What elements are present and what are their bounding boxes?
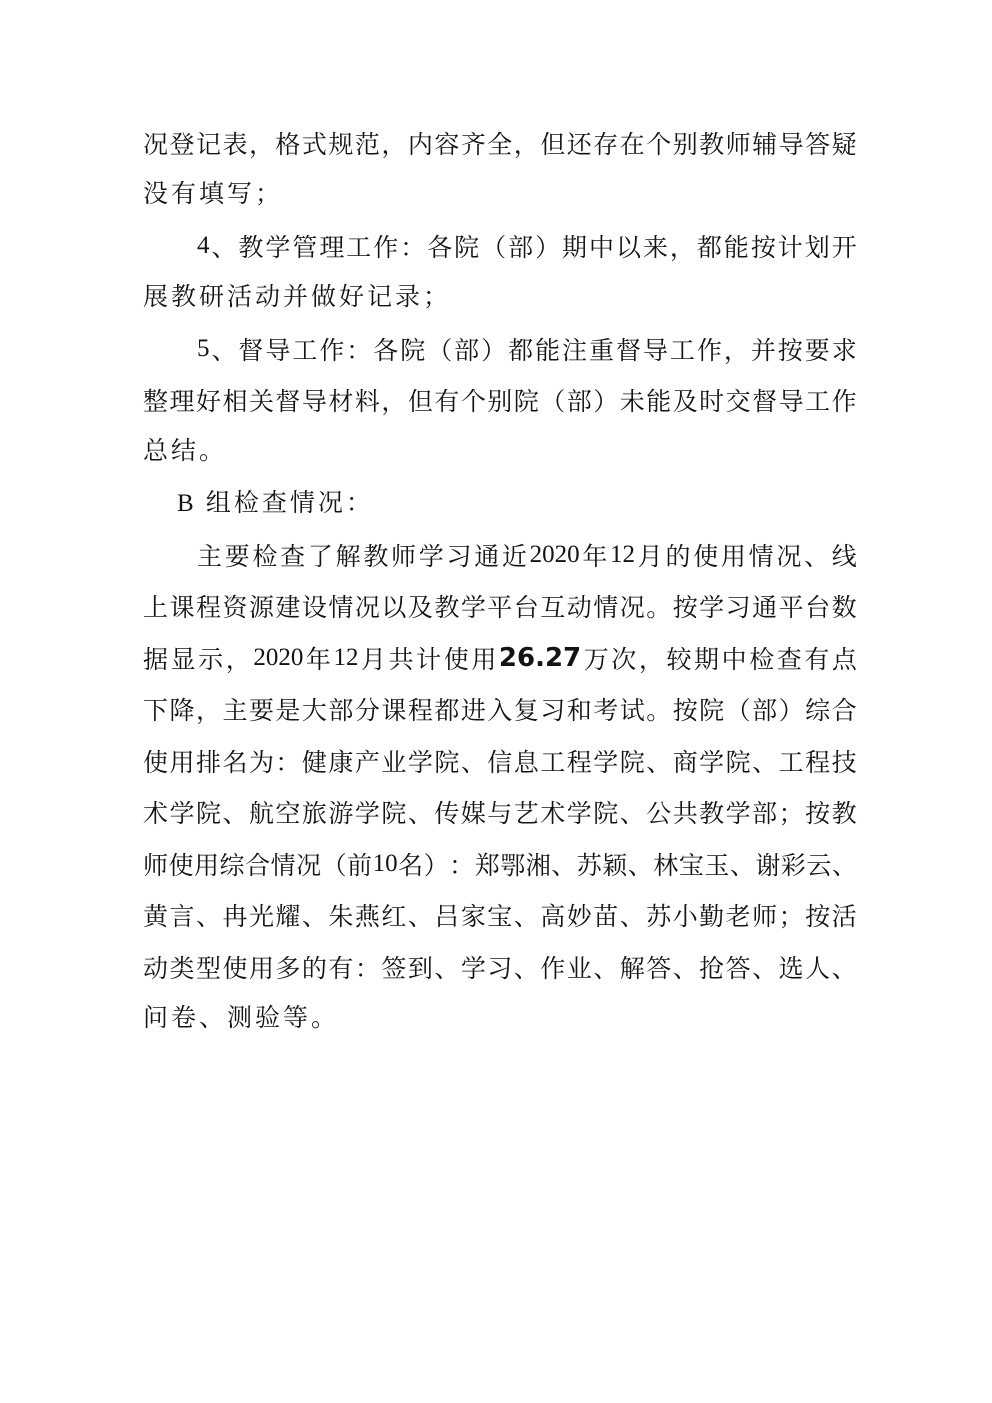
text-unit: 疑 (832, 125, 857, 161)
text-unit: 到 (408, 949, 433, 985)
text-unit: 还 (567, 125, 592, 161)
text-unit: 复 (514, 691, 539, 727)
text-unit: ， (514, 125, 539, 161)
text-unit: 工 (779, 743, 804, 779)
text-unit: 范 (355, 125, 380, 161)
text-unit: 况 (143, 125, 168, 161)
text-unit: 云 (806, 846, 831, 882)
text-unit: 程 (567, 743, 592, 779)
text-unit: ） (779, 691, 804, 727)
text-unit: 、 (730, 846, 755, 882)
text-unit: 术 (143, 794, 168, 830)
text-unit: 注 (562, 331, 587, 367)
text-unit: 个 (461, 382, 486, 418)
text-unit: 督 (275, 382, 300, 418)
document-text-block: 况登记表，格式规范，内容齐全，但还存在个别教师辅导答疑没有填写；4、教学管理工作… (143, 117, 857, 1044)
text-unit: ） (535, 228, 560, 264)
text-unit: 部 (328, 691, 353, 727)
text-unit: 有 (804, 640, 829, 676)
text-unit: 高 (540, 897, 565, 933)
text-unit: 工 (540, 743, 565, 779)
text-unit: 课 (381, 691, 406, 727)
text-unit: 类 (169, 949, 194, 985)
text-unit: 检 (252, 537, 277, 573)
text-unit: 学 (726, 794, 751, 830)
text-unit: 导 (265, 331, 290, 367)
text-unit: 存 (593, 125, 618, 161)
text-unit: 动 (567, 588, 592, 624)
text-unit: 、 (620, 794, 645, 830)
text-unit: 术 (540, 794, 565, 830)
text-unit: 记 (196, 125, 221, 161)
text-unit: 、 (302, 897, 327, 933)
text-unit: 按 (778, 331, 803, 367)
text-unit: 显 (171, 640, 196, 676)
text-unit: 内 (408, 125, 433, 161)
text-unit: 师 (143, 846, 168, 882)
text-unit: 在 (620, 125, 645, 161)
text-unit: 年 (582, 537, 607, 573)
text-unit: 示 (198, 640, 223, 676)
text-unit: 综 (805, 691, 830, 727)
text-unit: 用 (471, 640, 496, 676)
text-unit: 整 (143, 382, 168, 418)
text-unit: 有 (328, 949, 353, 985)
text-unit: 、 (211, 228, 236, 264)
text-unit: 理 (169, 382, 194, 418)
text-unit: 人 (805, 949, 830, 985)
text-unit: 各 (373, 331, 398, 367)
text-unit: 、 (804, 537, 829, 573)
text-unit: 并 (751, 331, 776, 367)
text-line: 术学院、航空旅游学院、传媒与艺术学院、公共教学部；按教 (143, 787, 857, 839)
text-run: 没有填写； (143, 181, 283, 208)
text-line: 黄言、冉光耀、朱燕红、吕家宝、高妙苗、苏小勤老师；按活 (143, 890, 857, 942)
text-line: 整理好相关督导材料，但有个别院（部）未能及时交督导工作 (143, 375, 857, 427)
text-unit: 家 (461, 897, 486, 933)
text-unit: 能 (646, 382, 671, 418)
text-unit: 主 (197, 537, 222, 573)
text-unit: 有 (434, 382, 459, 418)
text-unit: 学 (355, 794, 380, 830)
text-unit: 资 (222, 588, 247, 624)
text-unit: 4 (197, 232, 210, 260)
text-unit: 但 (408, 382, 433, 418)
text-unit: 、 (551, 846, 576, 882)
text-unit: 工 (346, 228, 371, 264)
text-unit: 通 (474, 537, 499, 573)
text-unit: 、 (628, 846, 653, 882)
text-unit: 督 (616, 331, 641, 367)
text-unit: 学 (169, 794, 194, 830)
text-unit: 的 (302, 949, 327, 985)
text-unit: 共 (673, 794, 698, 830)
text-unit: 。 (646, 588, 671, 624)
text-unit: 期 (694, 640, 719, 676)
text-unit: 台 (514, 588, 539, 624)
text-unit: 全 (487, 125, 512, 161)
text-unit: ， (381, 382, 406, 418)
text-unit: （ (481, 228, 506, 264)
text-unit: 教 (363, 537, 388, 573)
text-unit: 能 (535, 331, 560, 367)
text-unit: 建 (275, 588, 300, 624)
text-unit: 源 (249, 588, 274, 624)
text-unit: ： (355, 949, 380, 985)
text-unit: 苏 (646, 897, 671, 933)
text-unit: 要 (249, 691, 274, 727)
text-run: 展教研活动并做好记录； (143, 284, 451, 311)
text-unit: 按 (805, 897, 830, 933)
text-unit: 况 (296, 846, 321, 882)
text-unit: 光 (249, 897, 274, 933)
text-unit: 、 (211, 331, 236, 367)
text-unit: 情 (593, 588, 618, 624)
text-line: 师使用综合情况（前10名）：郑鄂湘、苏颖、林宝玉、谢彩云、 (143, 838, 857, 890)
text-unit: 、 (196, 897, 221, 933)
text-unit: 按 (673, 691, 698, 727)
text-unit: 多 (275, 949, 300, 985)
text-unit: 师 (752, 897, 777, 933)
text-unit: 苗 (593, 897, 618, 933)
text-unit: 答 (646, 949, 671, 985)
text-unit: 相 (222, 382, 247, 418)
text-line: 动类型使用多的有：签到、学习、作业、解答、抢答、选人、 (143, 941, 857, 993)
text-unit: 都 (434, 691, 459, 727)
text-unit: 答 (805, 125, 830, 161)
text-unit: 查 (280, 537, 305, 573)
text-unit: 求 (832, 331, 857, 367)
text-unit: （ (726, 691, 751, 727)
text-unit: 式 (302, 125, 327, 161)
text-line: 总结。 (143, 426, 857, 478)
text-unit: 规 (328, 125, 353, 161)
text-unit: 动 (143, 949, 168, 985)
text-unit: 艺 (514, 794, 539, 830)
text-unit: 按 (751, 228, 776, 264)
text-unit: 管 (292, 228, 317, 264)
text-unit: 老 (726, 897, 751, 933)
text-unit: 为 (249, 743, 274, 779)
text-unit: 作 (697, 331, 722, 367)
text-unit: 别 (487, 382, 512, 418)
text-unit: 与 (487, 794, 512, 830)
text-unit: ） (593, 382, 618, 418)
text-unit: 12 (610, 541, 635, 569)
text-unit: 月 (638, 537, 663, 573)
text-unit: 容 (434, 125, 459, 161)
text-unit: 言 (169, 897, 194, 933)
text-unit: 、 (620, 897, 645, 933)
text-unit: 计 (416, 640, 441, 676)
text-unit: 湘 (526, 846, 551, 882)
text-unit: 签 (381, 949, 406, 985)
text-unit: 导 (779, 382, 804, 418)
text-unit: 、 (408, 897, 433, 933)
text-unit: 用 (249, 949, 274, 985)
text-unit: ： (449, 846, 474, 882)
text-unit: 共 (389, 640, 414, 676)
text-unit: 工 (670, 331, 695, 367)
text-unit: 燕 (355, 897, 380, 933)
text-unit: ； (779, 897, 804, 933)
text-unit: 、 (222, 794, 247, 830)
text-unit: ， (724, 331, 749, 367)
text-unit: 入 (487, 691, 512, 727)
text-unit: 、 (832, 949, 857, 985)
text-line: 上课程资源建设情况以及教学平台互动情况。按学习通平台数 (143, 581, 857, 633)
text-unit: 作 (540, 949, 565, 985)
text-unit: 和 (567, 691, 592, 727)
text-unit: ： (346, 331, 371, 367)
text-unit: 考 (593, 691, 618, 727)
text-unit: 个 (646, 125, 671, 161)
text-unit: 点 (832, 640, 857, 676)
text-unit: 习 (487, 949, 512, 985)
text-unit: 5 (197, 335, 210, 363)
text-line: 展教研活动并做好记录； (143, 272, 857, 324)
text-unit: 月 (361, 640, 386, 676)
text-run: 总结。 (143, 438, 227, 465)
text-unit: 部 (454, 331, 479, 367)
text-unit: 院 (620, 743, 645, 779)
text-unit: 上 (143, 588, 168, 624)
document-page: 况登记表，格式规范，内容齐全，但还存在个别教师辅导答疑没有填写；4、教学管理工作… (0, 0, 992, 1403)
text-unit: 院 (726, 743, 751, 779)
text-unit: 各 (427, 228, 452, 264)
text-unit: 、 (673, 949, 698, 985)
text-unit: 、 (434, 949, 459, 985)
text-unit: 教 (832, 794, 857, 830)
text-unit: 产 (355, 743, 380, 779)
text-unit: 吕 (434, 897, 459, 933)
text-unit: 降 (169, 691, 194, 727)
text-unit: 康 (328, 743, 353, 779)
text-unit: 及 (408, 588, 433, 624)
text-unit: 习 (540, 691, 565, 727)
text-unit: 数 (832, 588, 857, 624)
text-unit: 部 (508, 228, 533, 264)
text-unit: 用 (721, 537, 746, 573)
text-unit: 院 (514, 382, 539, 418)
text-unit: 院 (400, 331, 425, 367)
text-unit: 、 (752, 949, 777, 985)
text-unit: 游 (328, 794, 353, 830)
text-unit: 。 (646, 691, 671, 727)
text-unit: 及 (673, 382, 698, 418)
text-unit: 好 (196, 382, 221, 418)
text-unit: 学 (419, 537, 444, 573)
text-unit: 习 (726, 588, 751, 624)
text-unit: 解 (620, 949, 645, 985)
text-unit: 查 (777, 640, 802, 676)
text-unit: 、 (408, 794, 433, 830)
text-unit: 进 (461, 691, 486, 727)
text-unit: 导 (302, 382, 327, 418)
text-unit: 能 (724, 228, 749, 264)
text-unit: 用 (169, 743, 194, 779)
text-unit: 料 (355, 382, 380, 418)
text-unit: 名 (398, 846, 423, 882)
text-unit: 以 (616, 228, 641, 264)
text-unit: 据 (143, 640, 168, 676)
text-unit: 按 (805, 794, 830, 830)
text-unit: 业 (381, 743, 406, 779)
text-unit: 、 (514, 949, 539, 985)
text-unit: ， (249, 125, 274, 161)
text-unit: ， (639, 640, 664, 676)
text-unit: 小 (673, 897, 698, 933)
text-unit: 院 (434, 743, 459, 779)
text-unit: 院 (699, 691, 724, 727)
text-unit: 合 (832, 691, 857, 727)
text-unit: 年 (306, 640, 331, 676)
text-unit: 排 (196, 743, 221, 779)
text-unit: 交 (726, 382, 751, 418)
text-unit: 勤 (699, 897, 724, 933)
text-unit: 时 (699, 382, 724, 418)
text-unit: 程 (196, 588, 221, 624)
text-unit: 要 (225, 537, 250, 573)
text-unit: 关 (249, 382, 274, 418)
text-unit: 型 (196, 949, 221, 985)
text-unit: 彩 (781, 846, 806, 882)
text-unit: 耀 (275, 897, 300, 933)
text-unit: 作 (832, 382, 857, 418)
text-unit: 用 (194, 846, 219, 882)
text-unit: 情 (749, 537, 774, 573)
text-line: 况登记表，格式规范，内容齐全，但还存在个别教师辅导答疑 (143, 117, 857, 169)
text-unit: 划 (805, 228, 830, 264)
text-unit: 、 (461, 743, 486, 779)
text-unit: 作 (319, 331, 344, 367)
text-unit: 使 (444, 640, 469, 676)
text-line: 使用排名为：健康产业学院、信息工程学院、商学院、工程技 (143, 735, 857, 787)
text-unit: 主 (222, 691, 247, 727)
text-unit: 都 (697, 228, 722, 264)
text-unit: （ (427, 331, 452, 367)
text-unit: 院 (454, 228, 479, 264)
text-unit: 格 (275, 125, 300, 161)
text-unit: 健 (302, 743, 327, 779)
text-unit: 学 (461, 949, 486, 985)
text-unit: 工 (805, 382, 830, 418)
text-unit: 10 (373, 850, 398, 878)
text-unit: 中 (589, 228, 614, 264)
text-unit: 平 (487, 588, 512, 624)
text-unit: 、 (514, 897, 539, 933)
text-unit: 学 (461, 588, 486, 624)
text-unit: 教 (434, 588, 459, 624)
text-unit: 辅 (752, 125, 777, 161)
text-unit: 使 (693, 537, 718, 573)
text-unit: 使 (169, 846, 194, 882)
text-unit: 解 (336, 537, 361, 573)
text-unit: 2020 (253, 644, 303, 672)
text-line: 5、督导工作：各院（部）都能注重督导工作，并按要求 (143, 323, 857, 375)
text-unit: 商 (673, 743, 698, 779)
text-unit: 来 (643, 228, 668, 264)
text-unit: 林 (653, 846, 678, 882)
text-unit: 按 (673, 588, 698, 624)
text-unit: 、 (832, 846, 857, 882)
text-line: B 组检查情况： (143, 478, 857, 530)
text-unit: 合 (245, 846, 270, 882)
text-unit: 苏 (577, 846, 602, 882)
text-unit: 较 (666, 640, 691, 676)
text-unit: 学 (567, 794, 592, 830)
text-unit: 分 (355, 691, 380, 727)
text-line: 据显示，2020年12月共计使用26.27万次，较期中检查有点 (143, 632, 857, 684)
text-unit: 宝 (679, 846, 704, 882)
text-unit: 信 (487, 743, 512, 779)
text-unit: 院 (381, 794, 406, 830)
text-unit: 媒 (461, 794, 486, 830)
text-unit: 大 (302, 691, 327, 727)
text-unit: 程 (805, 743, 830, 779)
text-line: 4、教学管理工作：各院（部）期中以来，都能按计划开 (143, 220, 857, 272)
text-unit: 12 (333, 644, 358, 672)
text-unit: 前 (347, 846, 372, 882)
text-unit: 使 (143, 743, 168, 779)
text-unit: 登 (169, 125, 194, 161)
text-line: 问卷、测验等。 (143, 993, 857, 1045)
text-unit: 况 (620, 588, 645, 624)
text-unit: 院 (593, 794, 618, 830)
text-unit: ， (670, 228, 695, 264)
text-unit: 是 (275, 691, 300, 727)
text-unit: 教 (699, 125, 724, 161)
text-unit: 况 (355, 588, 380, 624)
text-unit: 互 (540, 588, 565, 624)
text-unit: 未 (620, 382, 645, 418)
text-unit: 近 (502, 537, 527, 573)
text-unit: 部 (567, 382, 592, 418)
text-unit: 师 (391, 537, 416, 573)
text-unit: 表 (222, 125, 247, 161)
text-unit: 宝 (487, 897, 512, 933)
text-unit: 师 (726, 125, 751, 161)
text-unit: 况 (776, 537, 801, 573)
text-unit: ） (424, 846, 449, 882)
text-line: 主要检查了解教师学习通近2020年12月的使用情况、线 (143, 529, 857, 581)
text-unit: 、 (646, 743, 671, 779)
text-unit: 部 (752, 794, 777, 830)
text-unit: 部 (752, 691, 777, 727)
text-unit: 导 (779, 125, 804, 161)
text-unit: 都 (508, 331, 533, 367)
text-unit: 学 (593, 743, 618, 779)
text-unit: 中 (722, 640, 747, 676)
text-unit: 督 (238, 331, 263, 367)
text-unit: 情 (271, 846, 296, 882)
text-unit: 教 (699, 794, 724, 830)
text-unit: 红 (381, 897, 406, 933)
text-unit: 院 (196, 794, 221, 830)
text-unit: 重 (589, 331, 614, 367)
text-unit: ， (381, 125, 406, 161)
text-unit: 作 (373, 228, 398, 264)
text-unit: ： (275, 743, 300, 779)
text-unit: 业 (567, 949, 592, 985)
text-unit: （ (322, 846, 347, 882)
text-unit: ） (481, 331, 506, 367)
text-unit: 督 (752, 382, 777, 418)
text-unit: ； (779, 794, 804, 830)
text-unit: 旅 (302, 794, 327, 830)
text-unit: 理 (319, 228, 344, 264)
text-unit: 冉 (222, 897, 247, 933)
